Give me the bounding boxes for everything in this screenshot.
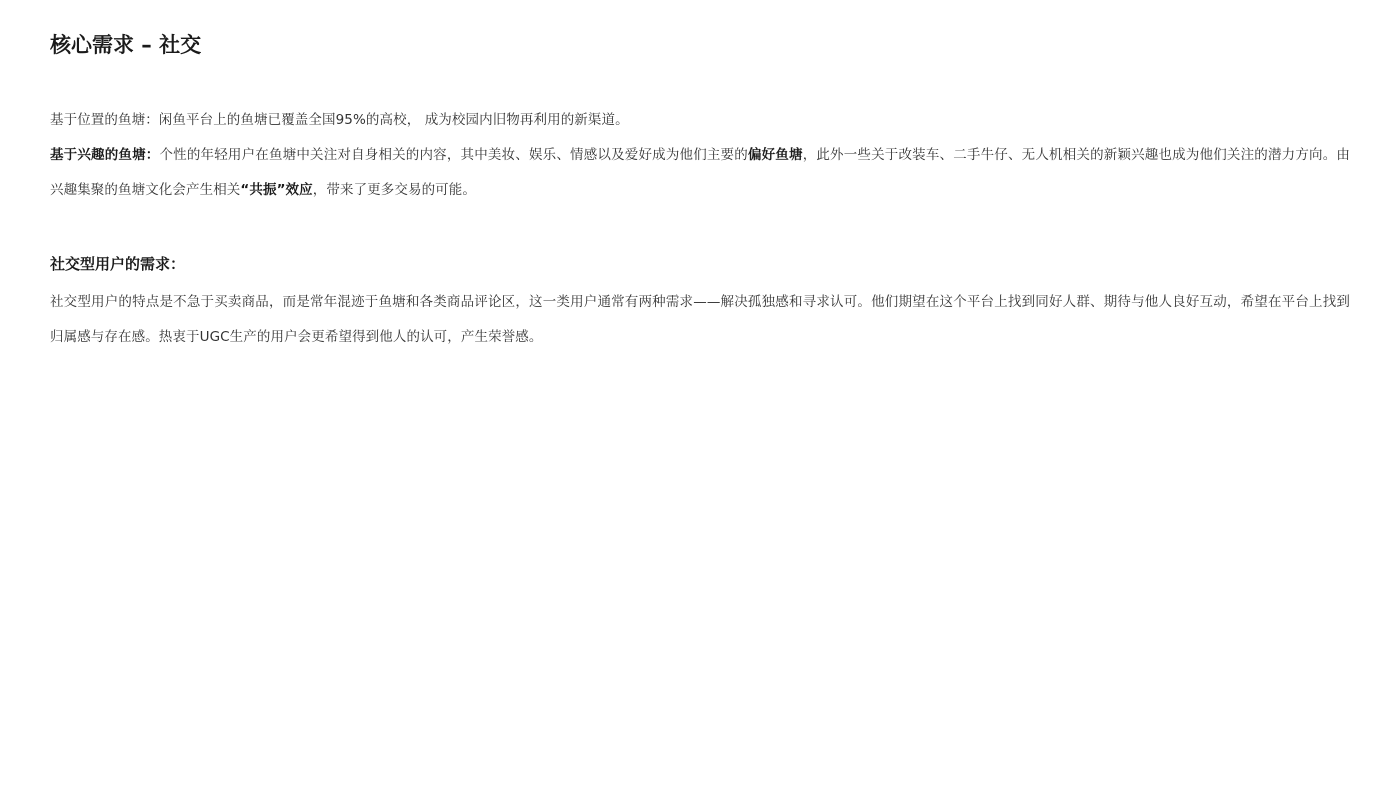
- page-title: 核心需求 – 社交: [50, 31, 201, 59]
- paragraph-location-based-pond: 基于位置的鱼塘：闲鱼平台上的鱼塘已覆盖全国95%的高校， 成为校园内旧物再利用的…: [50, 103, 1350, 138]
- resonance-effect-highlight: “共振”效应: [240, 182, 312, 198]
- interest-pond-text-3: ，带来了更多交易的可能。: [313, 182, 476, 198]
- social-user-needs-heading: 社交型用户的需求：: [50, 252, 185, 276]
- interest-pond-lead: 基于兴趣的鱼塘：: [50, 147, 159, 163]
- social-user-needs-paragraph: 社交型用户的特点是不急于买卖商品，而是常年混迹于鱼塘和各类商品评论区，这一类用户…: [50, 285, 1350, 355]
- preferred-pond-highlight: 偏好鱼塘: [748, 147, 803, 163]
- interest-pond-text-1: 个性的年轻用户在鱼塘中关注对自身相关的内容，其中美妆、娱乐、情感以及爱好成为他们…: [159, 147, 747, 163]
- paragraph-interest-based-pond: 基于兴趣的鱼塘：个性的年轻用户在鱼塘中关注对自身相关的内容，其中美妆、娱乐、情感…: [50, 138, 1350, 208]
